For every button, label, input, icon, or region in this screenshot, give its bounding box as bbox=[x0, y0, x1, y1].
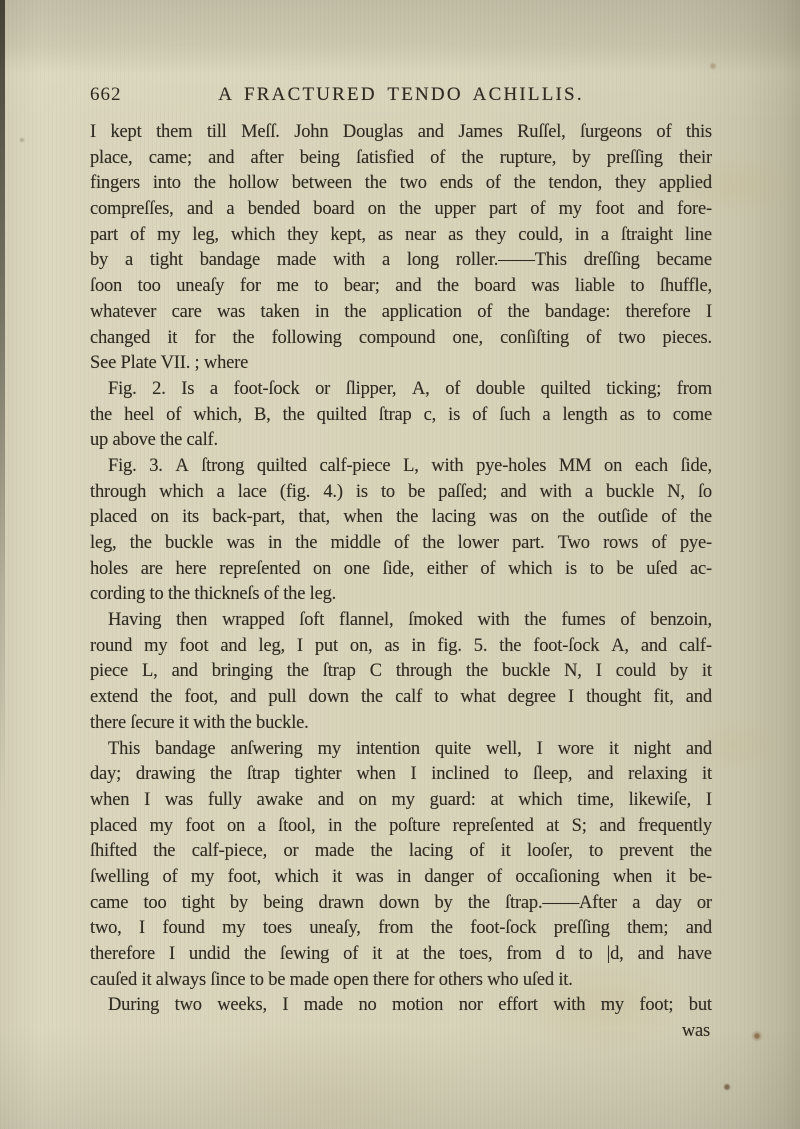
text-line: ſhiftedthecalf-piece,ormadethelacingofit… bbox=[90, 839, 712, 865]
text-line: cametootightbybeingdrawndownbytheſtrap.—… bbox=[90, 891, 712, 917]
text-line: ſoontoouneaſyformetobear;andtheboardwasl… bbox=[90, 274, 712, 300]
text-line: Duringtwoweeks,Imadenomotionnoreffortwit… bbox=[90, 993, 712, 1019]
text-line: holesarehererepreſentedononeſide,eithero… bbox=[90, 557, 712, 583]
text-line: ſwellingofmyfoot,whichitwasindangerofocc… bbox=[90, 865, 712, 891]
text-line: theheelofwhich,B,thequiltedſtrapc,isofſu… bbox=[90, 403, 712, 429]
text-line: IkeptthemtillMeſſ.JohnDouglasandJamesRuſ… bbox=[90, 120, 712, 146]
text-area: IkeptthemtillMeſſ.JohnDouglasandJamesRuſ… bbox=[90, 120, 712, 1045]
text-line: leg,thebucklewasinthemiddleofthelowerpar… bbox=[90, 531, 712, 557]
text-line: partofmyleg,whichtheykept,asnearastheyco… bbox=[90, 223, 712, 249]
text-line: two,Ifoundmytoesuneaſy,fromthefoot-ſockp… bbox=[90, 916, 712, 942]
text-line: whatevercarewastakenintheapplicationofth… bbox=[90, 300, 712, 326]
text-line: there ſecure it with the buckle. bbox=[90, 711, 712, 737]
text-line: See Plate VII. ; where bbox=[90, 351, 712, 377]
text-line: Fig.3.Aſtrongquiltedcalf-pieceL,withpye-… bbox=[90, 454, 712, 480]
text-line: placedonitsback-part,that,whenthelacingw… bbox=[90, 505, 712, 531]
text-line: whenIwasfullyawakeandonmyguard:atwhichti… bbox=[90, 788, 712, 814]
text-line: up above the calf. bbox=[90, 428, 712, 454]
text-line: pieceL,andbringingtheſtrapCthroughthebuc… bbox=[90, 659, 712, 685]
text-line: Fig.2.Isafoot-ſockorſlipper,A,ofdoublequ… bbox=[90, 377, 712, 403]
text-line: compreſſes,andabendedboardontheupperpart… bbox=[90, 197, 712, 223]
text-line: thereforeIundidtheſewingofitatthetoes,fr… bbox=[90, 942, 712, 968]
page-number: 662 bbox=[90, 84, 122, 106]
text-line: extendthefoot,andpulldownthecalftowhatde… bbox=[90, 685, 712, 711]
text-line: day;drawingtheſtraptighterwhenIinclinedt… bbox=[90, 762, 712, 788]
page-edge-shadow bbox=[0, 0, 5, 1129]
text-block: IkeptthemtillMeſſ.JohnDouglasandJamesRuſ… bbox=[90, 120, 712, 1019]
text-line: Havingthenwrappedſoftflannel,ſmokedwitht… bbox=[90, 608, 712, 634]
text-line: roundmyfootandleg,Iputon,asinfig.5.thefo… bbox=[90, 634, 712, 660]
book-page-scan: 662 A FRACTURED TENDO ACHILLIS. Ikeptthe… bbox=[0, 0, 800, 1129]
catchword: was bbox=[90, 1019, 712, 1045]
text-line: Thisbandageanſweringmyintentionquitewell… bbox=[90, 737, 712, 763]
page-header: 662 A FRACTURED TENDO ACHILLIS. bbox=[90, 84, 712, 106]
text-line: place,came;andafterbeingſatisfiedoftheru… bbox=[90, 146, 712, 172]
text-line: throughwhichalace(fig.4.)istobepaſſed;an… bbox=[90, 480, 712, 506]
running-title: A FRACTURED TENDO ACHILLIS. bbox=[90, 84, 712, 106]
text-line: fingersintothehollowbetweenthetwoendsoft… bbox=[90, 171, 712, 197]
text-line: placedmyfootonaſtool,inthepoſturerepreſe… bbox=[90, 814, 712, 840]
text-line: changeditforthefollowingcompoundone,conſ… bbox=[90, 326, 712, 352]
text-line: cauſed it always ſince to be made open t… bbox=[90, 968, 712, 994]
text-line: byatightbandagemadewithalongroller.——Thi… bbox=[90, 248, 712, 274]
text-line: cording to the thickneſs of the leg. bbox=[90, 582, 712, 608]
